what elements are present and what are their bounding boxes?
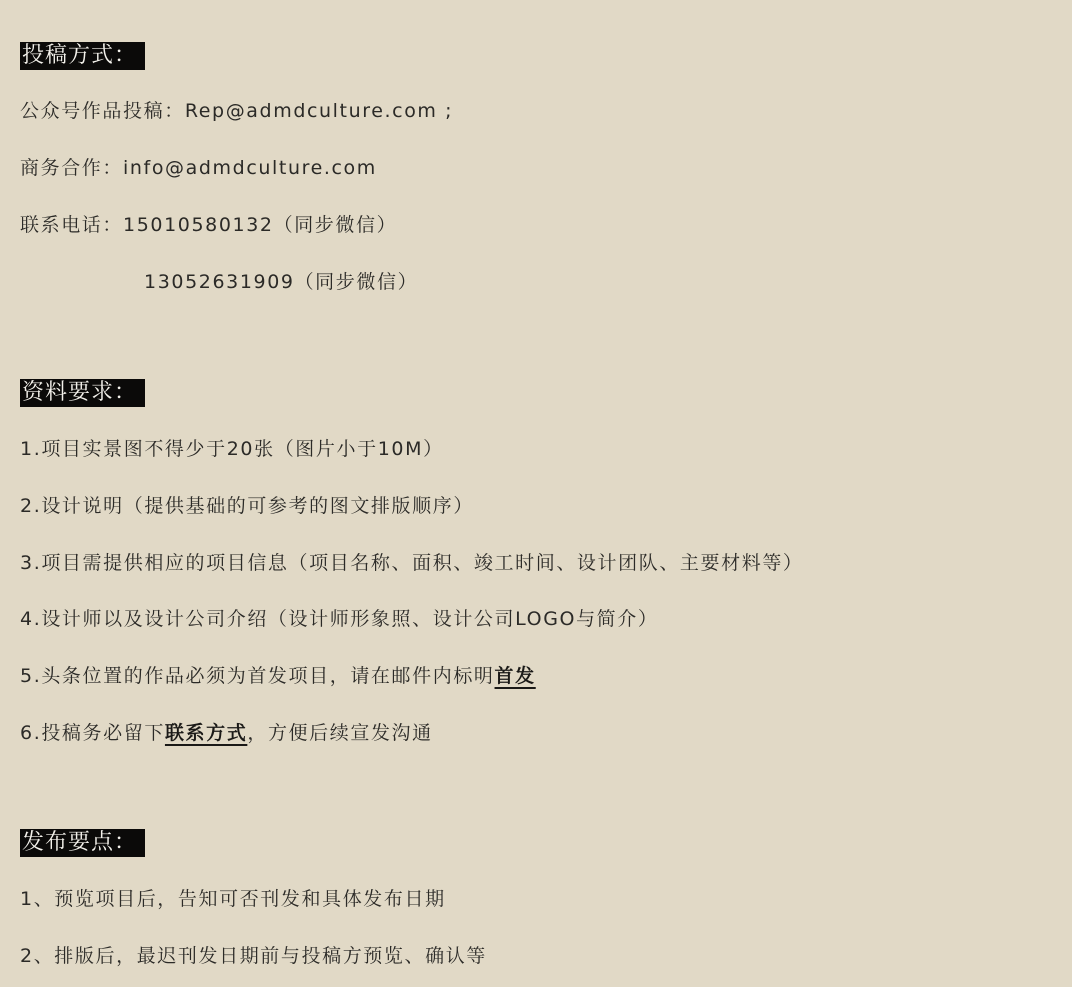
submission-email-line: 公众号作品投稿：Rep@admdculture.com ; [20,98,453,124]
business-email-line: 商务合作：info@admdculture.com [20,155,377,181]
materials-item-6-suffix: ，方便后续宣发沟通 [247,722,432,744]
phone-number-1: 15010580132（同步微信） [123,214,397,236]
phone-number-2: 13052631909（同步微信） [144,271,418,293]
materials-item-6-text: 6.投稿务必留下 [20,722,165,744]
materials-item-6: 6.投稿务必留下联系方式，方便后续宣发沟通 [20,720,433,746]
publishing-item-2: 2、排版后，最迟刊发日期前与投稿方预览、确认等 [20,943,487,969]
materials-item-5-text: 5.头条位置的作品必须为首发项目，请在邮件内标明 [20,665,495,687]
submission-email-link[interactable]: Rep@admdculture.com ; [185,100,453,122]
materials-item-2: 2.设计说明（提供基础的可参考的图文排版顺序） [20,493,474,519]
materials-item-4: 4.设计师以及设计公司介绍（设计师形象照、设计公司LOGO与简介） [20,606,658,632]
business-email-label: 商务合作： [20,157,123,179]
section-header-submission: 投稿方式： [20,42,145,70]
materials-item-1: 1.项目实景图不得少于20张（图片小于10M） [20,436,444,462]
business-email-link[interactable]: info@admdculture.com [123,157,377,179]
contact-info-emphasis: 联系方式 [165,722,247,744]
materials-item-3: 3.项目需提供相应的项目信息（项目名称、面积、竣工时间、设计团队、主要材料等） [20,550,804,576]
section-header-materials: 资料要求： [20,379,145,407]
first-release-emphasis: 首发 [495,665,536,687]
submission-email-label: 公众号作品投稿： [20,100,185,122]
phone-label: 联系电话： [20,214,123,236]
publishing-item-1: 1、预览项目后，告知可否刊发和具体发布日期 [20,886,446,912]
phone-line-1: 联系电话：15010580132（同步微信） [20,212,397,238]
section-header-publishing: 发布要点： [20,829,145,857]
materials-item-5: 5.头条位置的作品必须为首发项目，请在邮件内标明首发 [20,663,536,689]
phone-line-2: 13052631909（同步微信） [144,269,418,295]
